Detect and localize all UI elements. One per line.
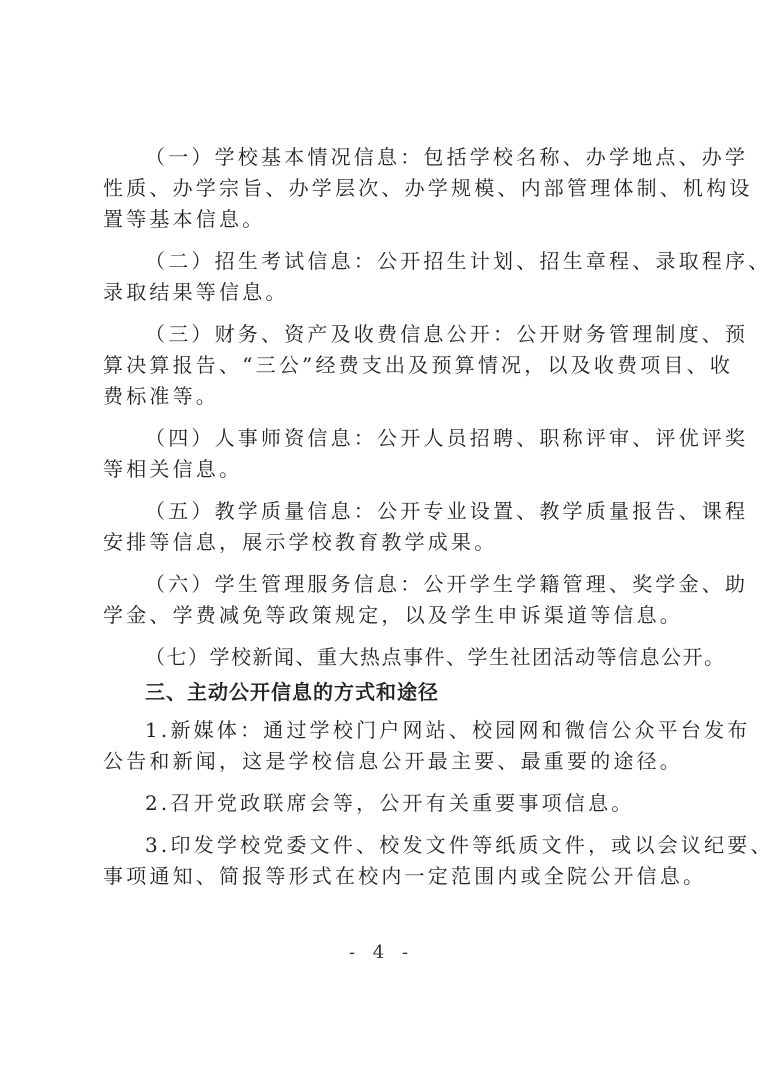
document-page: （一）学校基本情况信息：包括学校名称、办学地点、办学 性质、办学宗旨、办学层次、… (0, 0, 763, 1080)
text-line: 1.新媒体：通过学校门户网站、校园网和微信公众平台发布 (145, 716, 668, 744)
text-line: 2.召开党政联席会等，公开有关重要事项信息。 (145, 789, 668, 817)
text-line: 等相关信息。 (103, 455, 668, 483)
text-line: 录取结果等信息。 (103, 278, 668, 306)
text-line: 费标准等。 (103, 382, 668, 410)
page-number: - 4 - (0, 942, 763, 963)
text-line: （二）招生考试信息：公开招生计划、招生章程、录取程序、 (145, 247, 668, 275)
text-line: 算决算报告、“三公”经费支出及预算情况，以及收费项目、收 (103, 351, 668, 379)
text-line: （七）学校新闻、重大热点事件、学生社团活动等信息公开。 (145, 643, 668, 671)
text-line: 事项通知、简报等形式在校内一定范围内或全院公开信息。 (103, 862, 668, 890)
text-line: 性质、办学宗旨、办学层次、办学规模、内部管理体制、机构设 (103, 174, 668, 202)
text-line: 3.印发学校党委文件、校发文件等纸质文件，或以会议纪要、 (145, 831, 668, 859)
text-line: （五）教学质量信息：公开专业设置、教学质量报告、课程 (145, 497, 668, 525)
text-line: 公告和新闻，这是学校信息公开最主要、最重要的途径。 (103, 747, 668, 775)
text-line: 置等基本信息。 (103, 205, 668, 233)
text-line: （一）学校基本情况信息：包括学校名称、办学地点、办学 (145, 143, 668, 171)
text-line: （六）学生管理服务信息：公开学生学籍管理、奖学金、助 (145, 570, 668, 598)
text-line: （四）人事师资信息：公开人员招聘、职称评审、评优评奖 (145, 424, 668, 452)
section-heading: 三、主动公开信息的方式和途径 (145, 678, 668, 706)
text-line: 学金、学费减免等政策规定，以及学生申诉渠道等信息。 (103, 601, 668, 629)
text-line: 安排等信息，展示学校教育教学成果。 (103, 528, 668, 556)
text-line: （三）财务、资产及收费信息公开：公开财务管理制度、预 (145, 320, 668, 348)
